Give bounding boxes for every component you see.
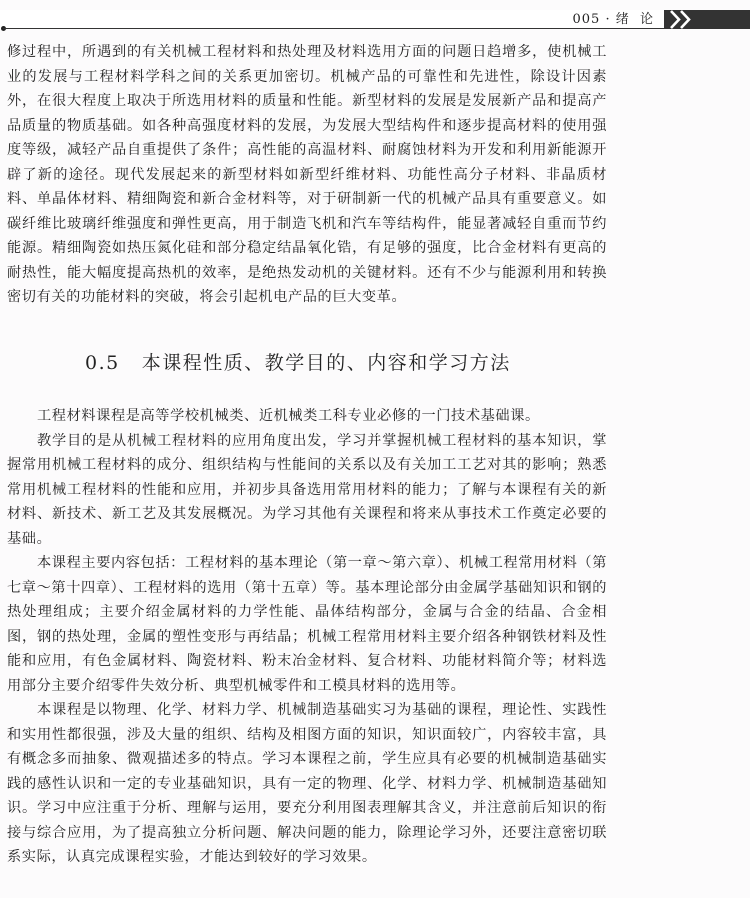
running-header: 005 · 绪 论: [0, 10, 750, 30]
body-paragraph: 本课程主要内容包括：工程材料的基本理论（第一章～第六章）、机械工程常用材料（第七…: [7, 551, 607, 698]
double-chevron-right-icon: [668, 10, 698, 29]
section-body: 工程材料课程是高等学校机械类、近机械类工科专业必修的一门技术基础课。 教学目的是…: [7, 404, 607, 870]
section-heading: 0.5本课程性质、教学目的、内容和学习方法: [85, 348, 511, 378]
header-label: 005 · 绪 论: [572, 10, 654, 29]
body-paragraph: 工程材料课程是高等学校机械类、近机械类工科专业必修的一门技术基础课。: [7, 404, 607, 429]
body-paragraph: 本课程是以物理、化学、材料力学、机械制造基础实习为基础的课程，理论性、实践性和实…: [7, 698, 607, 870]
body-paragraph: 修过程中，所遇到的有关机械工程材料和热处理及材料选用方面的问题日趋增多，使机械工…: [7, 40, 607, 310]
section-title: 本课程性质、教学目的、内容和学习方法: [142, 352, 511, 374]
header-separator: ·: [605, 12, 610, 27]
header-background: [0, 10, 664, 29]
chapter-title: 绪 论: [616, 12, 654, 27]
body-paragraph: 教学目的是从机械工程材料的应用角度出发，学习并掌握机械工程材料的基本知识，掌握常…: [7, 429, 607, 552]
page-number: 005: [572, 12, 600, 27]
header-rule: [3, 28, 664, 29]
intro-text-block: 修过程中，所遇到的有关机械工程材料和热处理及材料选用方面的问题日趋增多，使机械工…: [7, 40, 607, 310]
section-number: 0.5: [85, 352, 120, 374]
